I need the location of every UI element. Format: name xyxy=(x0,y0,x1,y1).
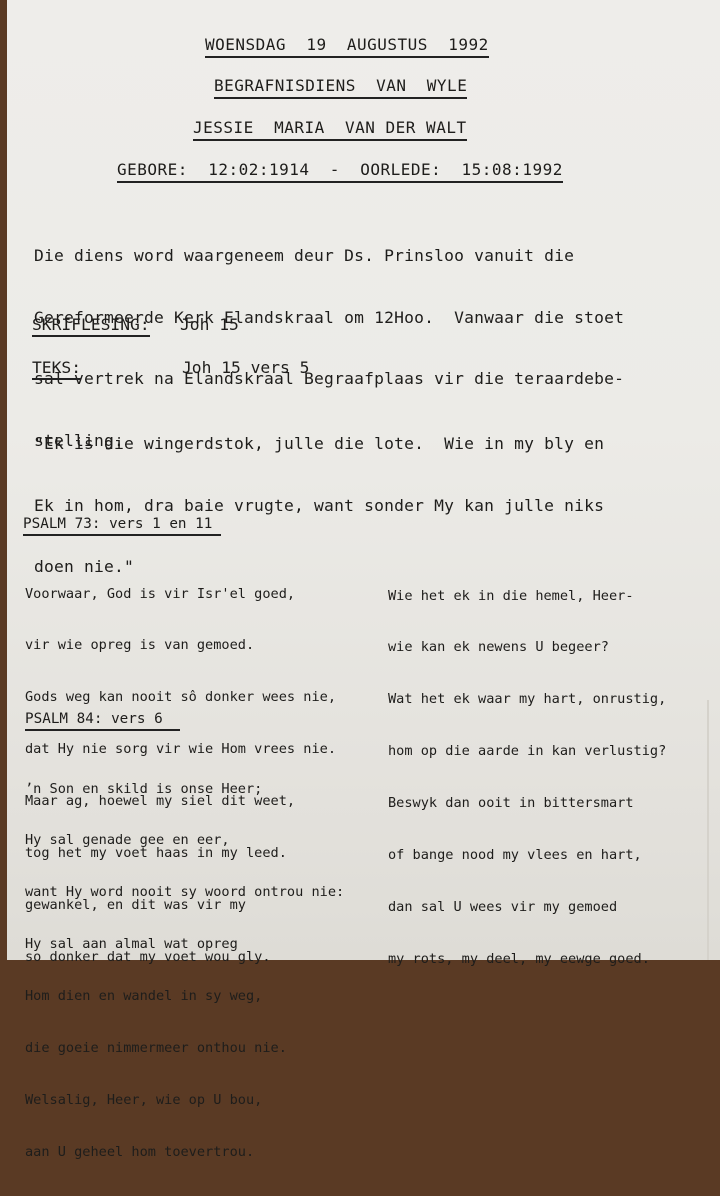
verse-line: Beswyk dan ooit in bittersmart xyxy=(388,795,666,812)
verse-line: dan sal U wees vir my gemoed xyxy=(388,899,666,916)
verse-line: Hy sal aan almal wat opreg xyxy=(25,936,344,953)
verse-line: wie kan ek newens U begeer? xyxy=(388,639,666,656)
psalm-73-heading: PSALM 73: vers 1 en 11 xyxy=(23,516,221,536)
verse-line: Hy sal genade gee en eer, xyxy=(25,832,344,849)
verse-line: vir wie opreg is van gemoed. xyxy=(25,637,336,654)
paper-fold-edge xyxy=(707,700,709,960)
funeral-program-page: WOENSDAG 19 AUGUSTUS 1992 BEGRAFNISDIENS… xyxy=(7,0,720,960)
birth-death-dates-heading: GEBORE: 12:02:1914 - OORLEDE: 15:08:1992 xyxy=(117,161,563,183)
scripture-reading-value: Joh 15 xyxy=(180,316,239,334)
verse-line: Gods weg kan nooit sô donker wees nie, xyxy=(25,689,336,706)
verse-line: want Hy word nooit sy woord ontrou nie: xyxy=(25,884,344,901)
psalm-84-heading: PSALM 84: vers 6 xyxy=(25,711,180,731)
intro-line: Die diens word waargeneem deur Ds. Prins… xyxy=(34,246,624,267)
verse-line: Wat het ek waar my hart, onrustig, xyxy=(388,691,666,708)
quote-line: Ek in hom, dra baie vrugte, want sonder … xyxy=(34,496,604,517)
psalm-73-verse-11: Wie het ek in die hemel, Heer- wie kan e… xyxy=(388,553,666,960)
psalm-84-verse-6: ʼn Son en skild is onse Heer; Hy sal gen… xyxy=(25,746,344,960)
verse-line: of bange nood my vlees en hart, xyxy=(388,847,666,864)
scripture-reading-label: SKRIFLESING: xyxy=(32,316,150,337)
verse-line: Voorwaar, God is vir Isr'el goed, xyxy=(25,586,336,603)
verse-line: ʼn Son en skild is onse Heer; xyxy=(25,781,344,798)
service-date-heading: WOENSDAG 19 AUGUSTUS 1992 xyxy=(205,36,489,58)
deceased-name-heading: JESSIE MARIA VAN DER WALT xyxy=(193,119,467,141)
text-reference: Joh 15 vers 5 xyxy=(182,359,309,377)
service-title-heading: BEGRAFNISDIENS VAN WYLE xyxy=(214,77,467,99)
intro-line: sal vertrek na Elandskraal Begraafplaas … xyxy=(34,369,624,390)
text-label: TEKS: xyxy=(32,359,81,380)
quote-line: "Ek is die wingerdstok, julle die lote. … xyxy=(34,434,604,455)
verse-line: my rots, my deel, my eewge goed. xyxy=(388,951,666,960)
verse-line: hom op die aarde in kan verlustig? xyxy=(388,743,666,760)
verse-line: Wie het ek in die hemel, Heer- xyxy=(388,588,666,605)
